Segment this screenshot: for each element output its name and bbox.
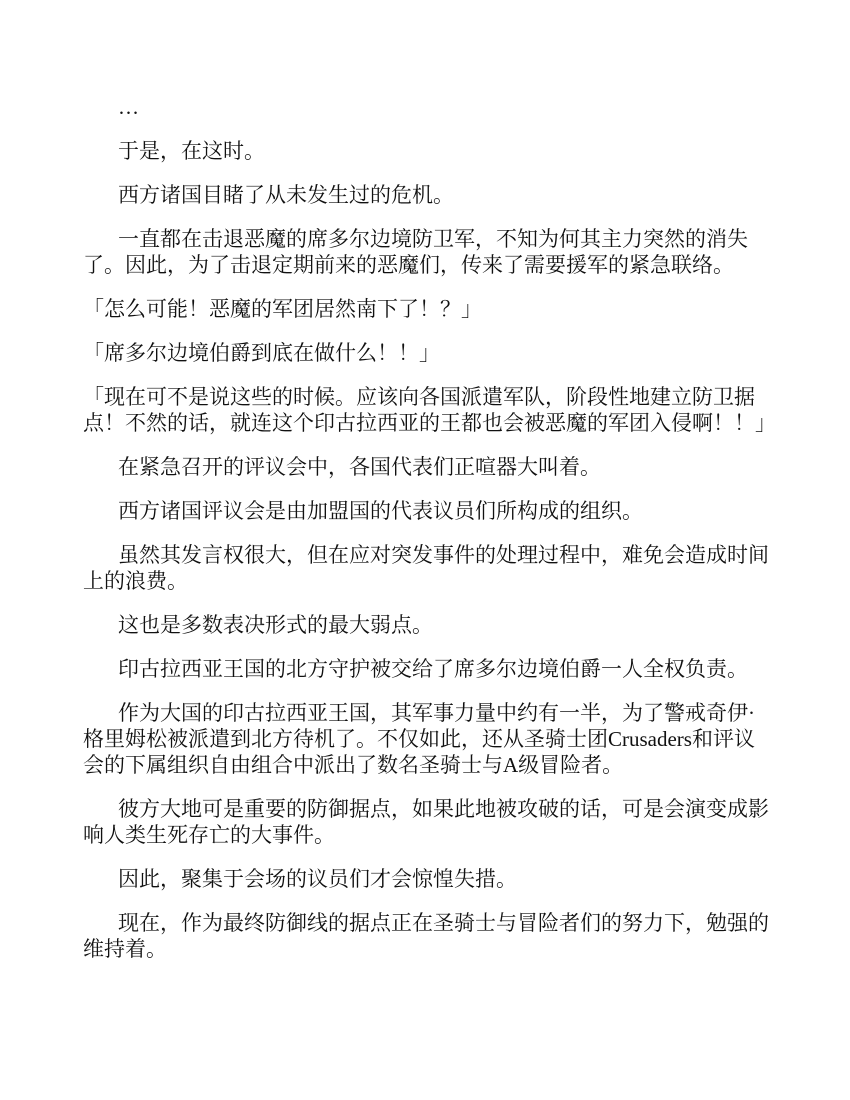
paragraph-1: 于是，在这时。 [83,138,775,164]
paragraph-2: 西方诸国目睹了从未发生过的危机。 [83,182,775,208]
document-page: … 于是，在这时。 西方诸国目睹了从未发生过的危机。 一直都在击退恶魔的席多尔边… [0,0,850,1100]
dialogue-paragraph-6: 「现在可不是说这些的时候。应该向各国派遣军队，阶段性地建立防卫据点！不然的话，就… [83,384,775,436]
paragraph-11: 印古拉西亚王国的北方守护被交给了席多尔边境伯爵一人全权负责。 [83,656,775,682]
paragraph-10: 这也是多数表决形式的最大弱点。 [83,612,775,638]
dialogue-paragraph-5: 「席多尔边境伯爵到底在做什么！！」 [83,340,775,366]
paragraph-3: 一直都在击退恶魔的席多尔边境防卫军，不知为何其主力突然的消失了。因此，为了击退定… [83,226,775,278]
paragraph-12: 作为大国的印古拉西亚王国，其军事力量中约有一半，为了警戒奇伊·格里姆松被派遣到北… [83,700,775,778]
paragraph-13: 彼方大地可是重要的防御据点，如果此地被攻破的话，可是会演变成影响人类生死存亡的大… [83,796,775,848]
paragraph-9: 虽然其发言权很大，但在应对突发事件的处理过程中，难免会造成时间上的浪费。 [83,542,775,594]
paragraph-15: 现在，作为最终防御线的据点正在圣骑士与冒险者们的努力下，勉强的维持着。 [83,910,775,962]
paragraph-ellipsis: … [83,94,775,120]
paragraph-14: 因此，聚集于会场的议员们才会惊惶失措。 [83,866,775,892]
paragraph-7: 在紧急召开的评议会中，各国代表们正喧器大叫着。 [83,454,775,480]
dialogue-paragraph-4: 「怎么可能！恶魔的军团居然南下了！？」 [83,296,775,322]
paragraph-8: 西方诸国评议会是由加盟国的代表议员们所构成的组织。 [83,498,775,524]
text-content: … 于是，在这时。 西方诸国目睹了从未发生过的危机。 一直都在击退恶魔的席多尔边… [83,94,775,962]
